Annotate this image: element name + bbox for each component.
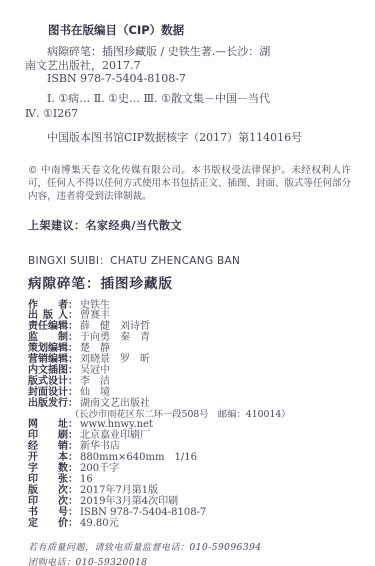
cip-header: 图书在版编目（CIP）数据 [48,22,353,38]
copyright-page: 图书在版编目（CIP）数据 病隙碎笔：插图珍藏版 / 史铁生著.—长沙：湖 南文… [0,0,375,566]
credit-row: 出版发行：湖南文艺出版社 [28,399,353,410]
cip-entry-line1: 病隙碎笔：插图珍藏版 / 史铁生著.—长沙：湖 [25,45,353,59]
pinyin-title: BINGXI SUIBI：CHATU ZHENCANG BAN [28,253,353,268]
credit-row: 书号：ISBN 978-7-5404-8108-7 [28,508,353,519]
classification-line1: Ⅰ. ①病… Ⅱ. ①史… Ⅲ. ①散文集－中国－当代 [25,91,353,106]
cip-classification: Ⅰ. ①病… Ⅱ. ①史… Ⅲ. ①散文集－中国－当代 Ⅳ. ①I267 [25,91,353,121]
quality-hotline: 若有质量问题，请致电质量监督电话：010-59096394 [28,541,353,556]
credit-colon: ： [68,399,78,410]
credit-value: ISBN 978-7-5404-8108-7 [80,508,206,519]
credit-row: 定价：49.80元 [28,519,353,530]
shelf-suggestion: 上架建议：名家经典/当代散文 [28,217,353,233]
copyright-notice: © 中南博集天卷文化传媒有限公司。本书版权受法律保护。未经权利人许可，任何人不得… [28,164,351,203]
credit-colon: ： [68,508,78,519]
footer-notes: 若有质量问题，请致电质量监督电话：010-59096394 团购电话：010-5… [28,541,353,566]
isbn-line: ISBN 978-7-5404-8108-7 [25,72,353,86]
credit-colon: ： [68,519,78,530]
credit-value: 49.80元 [80,519,119,530]
credit-label: 定价 [28,519,68,530]
cip-entry-line2: 南文艺出版社，2017.7 [25,59,353,73]
credit-value: 湖南文艺出版社 [80,399,150,410]
credits-list: 作者：史铁生出版人：曾赛丰责任编辑：薛 健 刘诗哲监制：于向勇 秦 青策划编辑：… [28,301,353,530]
group-purchase-phone: 团购电话：010-59320018 [28,556,353,566]
credit-label: 书号 [28,508,68,519]
classification-line2: Ⅳ. ①I267 [25,106,353,121]
cip-record-number: 中国版本图书馆CIP数据核字（2017）第114016号 [25,129,353,145]
book-title: 病隙碎笔：插图珍藏版 [28,272,353,292]
credit-label: 出版发行 [28,399,68,410]
cip-entry: 病隙碎笔：插图珍藏版 / 史铁生著.—长沙：湖 南文艺出版社，2017.7 IS… [25,45,353,86]
